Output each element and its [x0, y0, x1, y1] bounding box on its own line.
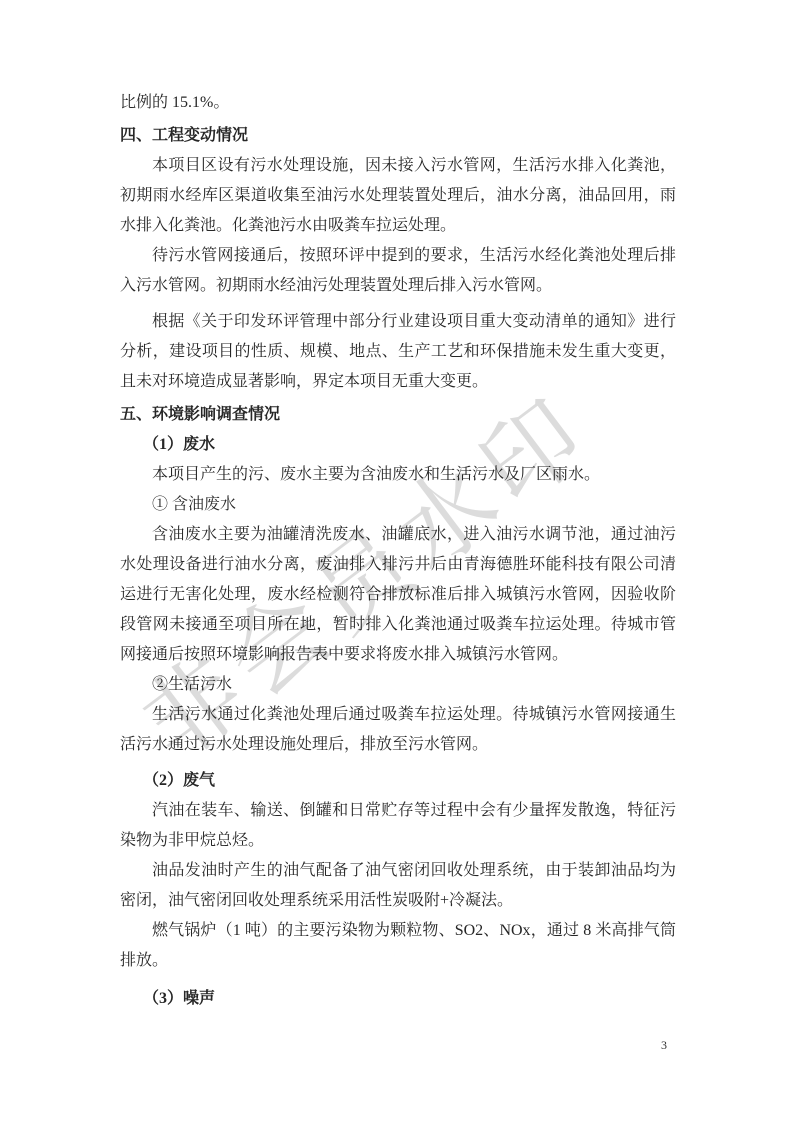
paragraph: 燃气锅炉（1 吨）的主要污染物为颗粒物、SO2、NOx，通过 8 米高排气筒排放…	[120, 916, 676, 976]
list-item-domestic-sewage: ②生活污水	[120, 670, 676, 700]
paragraph-continuation: 比例的 15.1%。	[120, 88, 676, 118]
paragraph: 油品发油时产生的油气配备了油气密闭回收处理系统，由于装卸油品均为密闭，油气密闭回…	[120, 856, 676, 916]
subsection-heading-exhaust-gas: （2）废气	[120, 766, 676, 796]
page-number: 3	[661, 1038, 667, 1053]
paragraph: 根据《关于印发环评管理中部分行业建设项目重大变动清单的通知》进行分析，建设项目的…	[120, 307, 676, 397]
section-heading-4: 四、工程变动情况	[120, 121, 676, 151]
section-heading-5: 五、环境影响调查情况	[120, 400, 676, 430]
paragraph: 本项目产生的污、废水主要为含油废水和生活污水及厂区雨水。	[120, 460, 676, 490]
list-item-oily-wastewater: ① 含油废水	[120, 490, 676, 520]
subsection-heading-wastewater: （1）废水	[120, 430, 676, 460]
paragraph: 待污水管网接通后，按照环评中提到的要求，生活污水经化粪池处理后排入污水管网。初期…	[120, 241, 676, 301]
subsection-heading-noise: （3）噪声	[120, 984, 676, 1014]
document-page: 非会员水印 比例的 15.1%。 四、工程变动情况 本项目区设有污水处理设施，因…	[0, 0, 793, 1122]
document-body: 比例的 15.1%。 四、工程变动情况 本项目区设有污水处理设施，因未接入污水管…	[0, 0, 793, 1014]
paragraph: 本项目区设有污水处理设施，因未接入污水管网，生活污水排入化粪池，初期雨水经库区渠…	[120, 151, 676, 241]
paragraph: 含油废水主要为油罐清洗废水、油罐底水，进入油污水调节池，通过油污水处理设备进行油…	[120, 520, 676, 670]
paragraph: 生活污水通过化粪池处理后通过吸粪车拉运处理。待城镇污水管网接通生活污水通过污水处…	[120, 700, 676, 760]
paragraph: 汽油在装车、输送、倒罐和日常贮存等过程中会有少量挥发散逸，特征污染物为非甲烷总烃…	[120, 796, 676, 856]
